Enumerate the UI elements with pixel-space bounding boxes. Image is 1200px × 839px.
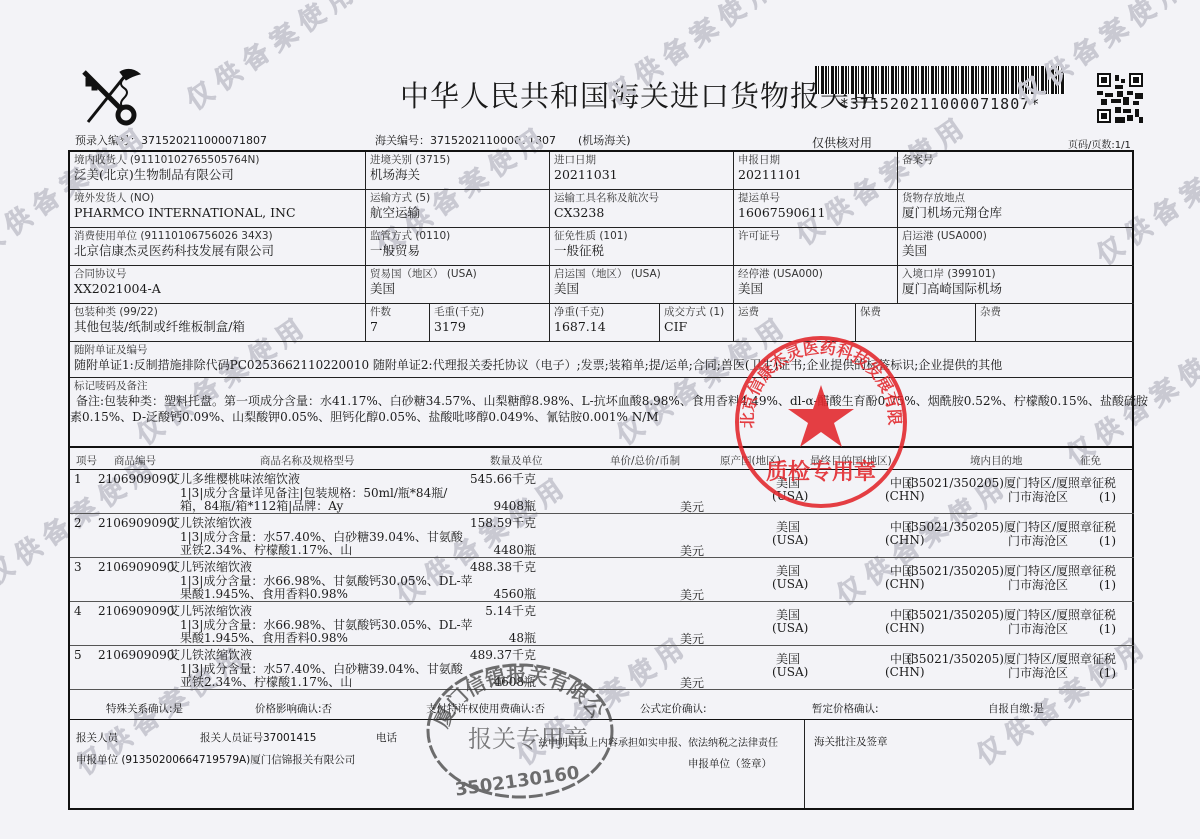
domestic-destination-line2: 门市海沧区 xyxy=(1008,577,1068,593)
levy-code: (1) xyxy=(1099,533,1116,549)
entry-customs-cell: 进境关别 (3715)机场海关 xyxy=(366,152,550,190)
table-row: 22106909090艾儿铁浓缩饮液1|3|成分含量：水57.40%、白砂糖39… xyxy=(70,514,1134,558)
supervision-cell: 监管方式 (0110)一般贸易 xyxy=(366,228,550,266)
goods-table-header: 项号 商品编号 商品名称及规格型号 数量及单位 单价/总价/币制 原产国(地区)… xyxy=(70,450,1134,470)
bill-number-cell: 提运单号16067590611 xyxy=(734,190,898,228)
quantity-weight: 158.59千克 xyxy=(470,515,536,531)
formula-price-confirm: 公式定价确认: xyxy=(640,701,707,716)
verification-note: 仅供核对用 xyxy=(812,134,872,151)
item-number: 5 xyxy=(74,647,82,663)
product-spec-line2: 亚铁2.34%、柠檬酸1.17%、山 xyxy=(180,674,352,690)
hs-code: 2106909090 xyxy=(98,559,174,575)
origin-code: (USA) xyxy=(772,532,808,548)
domestic-destination-line2: 门市海沧区 xyxy=(1008,621,1068,637)
customs-office: (机场海关) xyxy=(578,132,631,148)
hs-code: 2106909090 xyxy=(98,647,174,663)
package-cell: 包装种类 (99/22)其他包装/纸制或纤维板制盒/箱 xyxy=(70,304,366,342)
currency: 美元 xyxy=(680,631,704,647)
levy-code: (1) xyxy=(1099,621,1116,637)
levy-code: (1) xyxy=(1099,665,1116,681)
table-row: 32106909090艾儿钙浓缩饮液1|3|成分含量：水66.98%、甘氨酸钙3… xyxy=(70,558,1134,602)
currency: 美元 xyxy=(680,543,704,559)
hs-code: 2106909090 xyxy=(98,515,174,531)
provisional-price-confirm: 暂定价格确认: xyxy=(812,701,879,716)
origin-country-cell: 启运国（地区） (USA)美国 xyxy=(550,266,734,304)
currency: 美元 xyxy=(680,587,704,603)
origin-code: (USA) xyxy=(772,620,808,636)
quantity-bottles: 4480瓶 xyxy=(493,542,536,558)
hs-code: 2106909090 xyxy=(98,471,174,487)
trade-country-cell: 贸易国（地区） (USA)美国 xyxy=(366,266,550,304)
page-title: 中华人民共和国海关进口货物报关单 xyxy=(400,74,880,115)
table-row: 42106909090艾儿钙浓缩饮液1|3|成分含量：水66.98%、甘氨酸钙3… xyxy=(70,602,1134,646)
domestic-destination-line2: 门市海沧区 xyxy=(1008,665,1068,681)
qr-code-icon xyxy=(1097,73,1143,123)
unit-signature-label: 申报单位（签章） xyxy=(688,756,772,771)
product-spec-line2: 亚铁2.34%、柠檬酸1.17%、山 xyxy=(180,542,352,558)
remarks-cell: 标记唛码及备注 备注:包装种类：塑料托盘。第一项成分含量：水41.17%、白砂糖… xyxy=(70,378,1134,448)
origin-code: (USA) xyxy=(772,664,808,680)
svg-text:厦门信锦报关有限公司: 厦门信锦报关有限公司 xyxy=(418,655,610,731)
net-weight-cell: 净重(千克)1687.14 xyxy=(550,304,660,342)
transport-mode-cell: 运输方式 (5)航空运输 xyxy=(366,190,550,228)
item-number: 2 xyxy=(74,515,82,531)
shipper-cell: 境外发货人 (NO)PHARMCO INTERNATIONAL, INC xyxy=(70,190,366,228)
license-cell: 许可证号 xyxy=(734,228,898,266)
svg-text:报关专用章: 报关专用章 xyxy=(468,725,588,753)
watermark: 仅供备案使用 xyxy=(178,0,366,117)
domestic-destination-line2: 门市海沧区 xyxy=(1008,533,1068,549)
special-relation-confirm: 特殊关系确认:是 xyxy=(106,701,183,716)
departure-port-cell: 启运港 (USA000)美国 xyxy=(898,228,1134,266)
product-spec-line2: 箱，84瓶/箱*112箱|品牌：Ay xyxy=(180,498,343,514)
svg-text:质检专用章: 质检专用章 xyxy=(766,459,876,485)
trade-terms-cell: 成交方式 (1)CIF xyxy=(660,304,734,342)
levy-nature-cell: 征免性质 (101)一般征税 xyxy=(550,228,734,266)
currency: 美元 xyxy=(680,499,704,515)
item-number: 1 xyxy=(74,471,82,487)
customs-emblem-icon xyxy=(76,64,142,126)
svg-text:3502130160: 3502130160 xyxy=(454,762,581,800)
quantity-bottles: 9408瓶 xyxy=(493,498,536,514)
product-spec-line2: 果酸1.945%、食用香料0.98% xyxy=(180,586,348,602)
quantity-bottles: 48瓶 xyxy=(509,630,536,646)
declare-date-cell: 申报日期20211101 xyxy=(734,152,898,190)
vessel-cell: 运输工具名称及航次号CX3238 xyxy=(550,190,734,228)
divider xyxy=(804,720,805,808)
customs-approval-label: 海关批注及签章 xyxy=(814,734,888,749)
misc-fee-cell: 杂费 xyxy=(976,304,1134,342)
quantity-weight: 488.38千克 xyxy=(470,559,536,575)
record-number-cell: 备案号 xyxy=(898,152,1134,190)
page-indicator: 页码/页数:1/1 xyxy=(1068,136,1131,151)
item-number: 3 xyxy=(74,559,82,575)
levy-code: (1) xyxy=(1099,577,1116,593)
pre-entry-number: 预录入编号：371520211000071807 xyxy=(75,132,267,148)
barcode-number: *371520211000071807* xyxy=(815,95,1065,113)
domestic-destination-line2: 门市海沧区 xyxy=(1008,489,1068,505)
consumer-cell: 消费使用单位 (91110106756026 34X3)北京信康杰灵医药科技发展… xyxy=(70,228,366,266)
entry-port-cell: 入境口岸 (399101)厦门高崎国际机场 xyxy=(898,266,1134,304)
table-row: 12106909090艾儿多维樱桃味浓缩饮液1|3|成分含量详见备注|包装规格：… xyxy=(70,470,1134,514)
phone-label: 电话 xyxy=(376,730,397,745)
quantity-weight: 5.14千克 xyxy=(485,603,536,619)
quantity-weight: 545.66千克 xyxy=(470,471,536,487)
storage-cell: 货物存放地点厦门机场元翔仓库 xyxy=(898,190,1134,228)
hs-code: 2106909090 xyxy=(98,603,174,619)
barcode xyxy=(815,66,1065,94)
import-date-cell: 进口日期20211031 xyxy=(550,152,734,190)
item-number: 4 xyxy=(74,603,82,619)
contract-cell: 合同协议号XX2021004-A xyxy=(70,266,366,304)
levy-code: (1) xyxy=(1099,489,1116,505)
consignee-cell: 境内收货人 (91110102765505764N)泛美(北京)生物制品有限公司 xyxy=(70,152,366,190)
gross-weight-cell: 毛重(千克)3179 xyxy=(430,304,550,342)
product-spec-line2: 果酸1.945%、食用香料0.98% xyxy=(180,630,348,646)
attached-docs-cell: 随附单证及编号随附单证1:反制措施排除代码PC0253662110220010 … xyxy=(70,342,1134,378)
quantity-bottles: 4560瓶 xyxy=(493,586,536,602)
currency: 美元 xyxy=(680,675,704,691)
origin-code: (USA) xyxy=(772,576,808,592)
customs-number: 海关编号：371520211000071807 xyxy=(375,132,556,148)
quality-inspection-seal: 北京信康杰灵医药科技发展有限公司 质检专用章 xyxy=(732,333,910,511)
pieces-cell: 件数7 xyxy=(366,304,430,342)
stop-port-cell: 经停港 (USA000)美国 xyxy=(734,266,898,304)
self-pay-confirm: 自报自缴:是 xyxy=(988,701,1044,716)
declarant-label: 报关人员 xyxy=(76,730,118,745)
customs-broker-seal: 厦门信锦报关有限公司 报关专用章 3502130160 xyxy=(418,655,618,805)
declarant-id: 报关人员证号37001415 xyxy=(200,730,316,745)
price-impact-confirm: 价格影响确认:否 xyxy=(255,701,332,716)
declaring-unit: 申报单位 (91350200664719579A)厦门信锦报关有限公司 xyxy=(76,752,355,767)
